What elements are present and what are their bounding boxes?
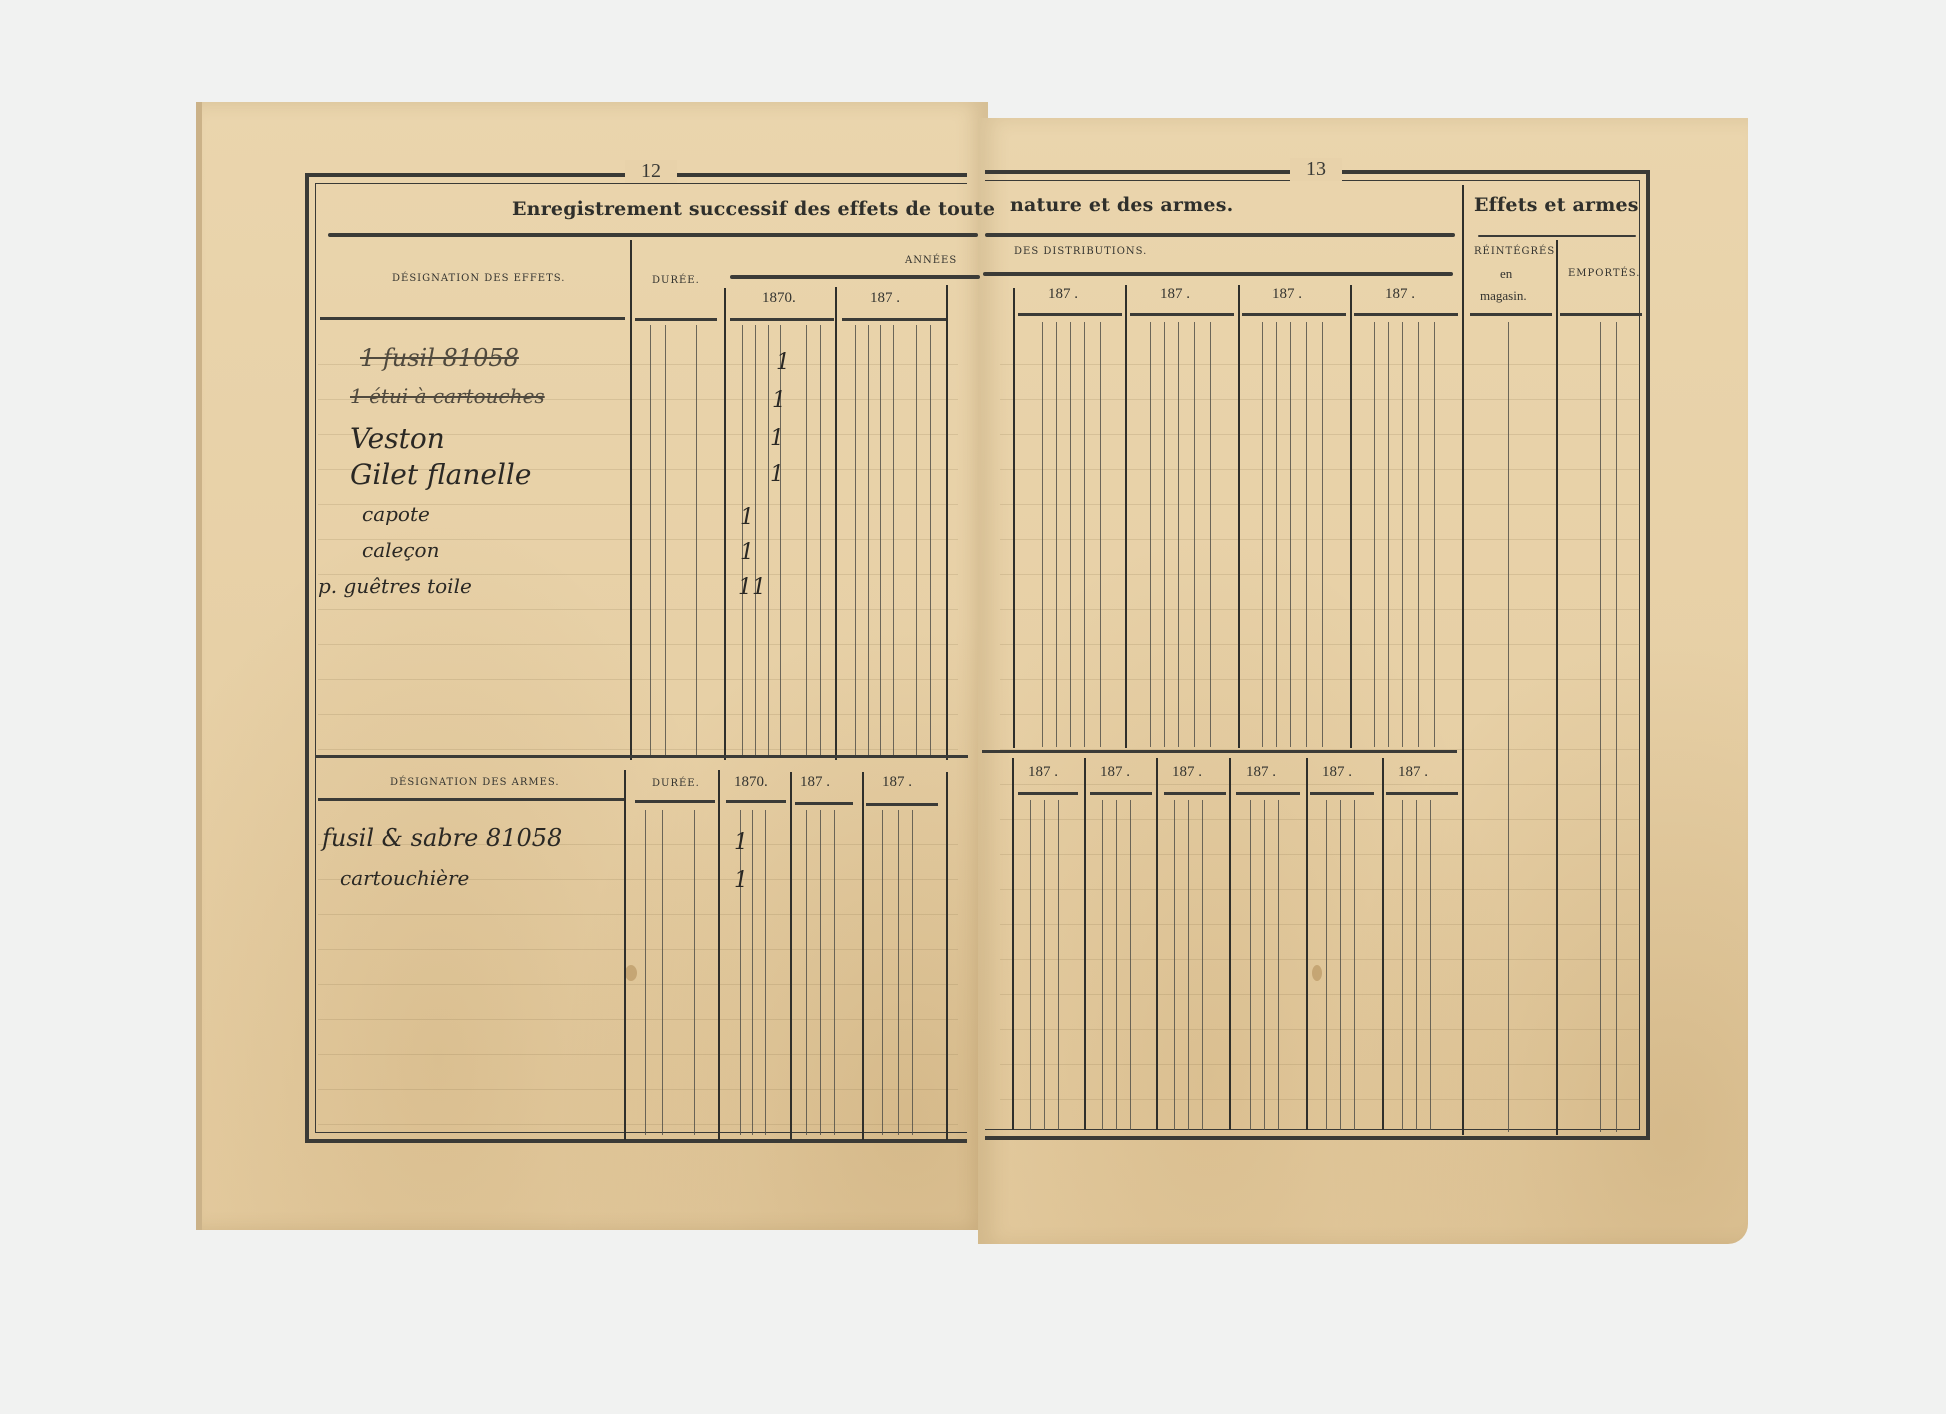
year-header-187-armes: 187 . xyxy=(800,774,830,791)
sub-column-line xyxy=(1290,322,1291,747)
column-divider xyxy=(1350,285,1352,748)
sub-column-line xyxy=(1084,322,1085,747)
page-number-left: 12 xyxy=(625,160,677,183)
column-divider xyxy=(624,770,626,1140)
sub-column-line xyxy=(1250,800,1251,1130)
header-underline xyxy=(842,318,946,321)
designation-effets-header: DÉSIGNATION DES EFFETS. xyxy=(392,273,565,284)
sub-column-line xyxy=(665,325,666,755)
year-header-187: 187 . xyxy=(1385,286,1415,303)
sub-column-line xyxy=(1600,322,1601,1132)
header-underline xyxy=(320,317,625,320)
column-divider xyxy=(1382,758,1384,1130)
sub-column-line xyxy=(1202,800,1203,1130)
sub-column-line xyxy=(1508,322,1509,1132)
sub-column-line xyxy=(930,325,931,755)
header-underline xyxy=(1242,313,1346,316)
tally-mark: 1 xyxy=(770,462,784,487)
sub-column-line xyxy=(1416,800,1417,1130)
sub-column-line xyxy=(662,810,663,1135)
tally-mark: 11 xyxy=(738,575,766,600)
sub-column-line xyxy=(645,810,646,1135)
annees-brace-left xyxy=(730,275,980,279)
sub-column-line xyxy=(882,810,883,1135)
column-divider xyxy=(946,285,948,760)
section-separator-left xyxy=(316,755,968,758)
column-divider xyxy=(718,770,720,1140)
sub-column-line xyxy=(806,325,807,755)
sub-column-line xyxy=(880,325,881,755)
sub-column-line xyxy=(1210,322,1211,747)
sub-column-line xyxy=(1340,800,1341,1130)
year-header-187-armes: 187 . xyxy=(1398,764,1428,781)
sub-column-line xyxy=(694,810,695,1135)
year-header-1870-armes: 1870. xyxy=(734,774,768,791)
sub-column-line xyxy=(1418,322,1419,747)
sub-column-line xyxy=(768,325,769,755)
sub-column-line xyxy=(1374,322,1375,747)
handwritten-entry: cartouchière xyxy=(340,866,469,890)
sub-column-line xyxy=(1044,800,1045,1130)
header-underline xyxy=(730,318,834,321)
title-underline-right xyxy=(985,233,1455,237)
ruled-rows-right xyxy=(1000,330,1640,1120)
header-underline xyxy=(1018,792,1078,795)
sub-column-line xyxy=(755,325,756,755)
column-divider xyxy=(1125,285,1127,748)
column-divider xyxy=(1462,185,1464,1135)
tally-mark: 1 xyxy=(770,426,784,451)
tally-mark: 1 xyxy=(740,505,754,530)
sub-column-line xyxy=(1130,800,1131,1130)
sub-column-line xyxy=(1430,800,1431,1130)
header-underline xyxy=(1130,313,1234,316)
header-underline xyxy=(1354,313,1458,316)
sub-column-line xyxy=(1402,800,1403,1130)
page-number-right: 13 xyxy=(1290,158,1342,181)
handwritten-entry: 1 fusil 81058 xyxy=(360,344,519,372)
tally-mark: 1 xyxy=(776,350,790,375)
handwritten-entry: p. guêtres toile xyxy=(318,574,472,598)
right-side-title: Effets et armes xyxy=(1474,194,1639,216)
sub-column-line xyxy=(912,810,913,1135)
section-separator-right xyxy=(982,750,1457,753)
column-divider xyxy=(724,288,726,760)
sub-column-line xyxy=(1056,322,1057,747)
header-underline xyxy=(318,798,624,801)
header-underline xyxy=(1236,792,1300,795)
header-underline xyxy=(1018,313,1122,316)
year-header-187-armes: 187 . xyxy=(1246,764,1276,781)
sub-column-line xyxy=(752,810,753,1135)
header-underline xyxy=(1386,792,1458,795)
right-page-title: nature et des armes. xyxy=(1010,194,1233,216)
column-divider xyxy=(946,772,948,1140)
sub-column-line xyxy=(765,810,766,1135)
header-underline xyxy=(866,803,938,806)
handwritten-entry: Gilet flanelle xyxy=(350,458,531,491)
header-underline xyxy=(1090,792,1152,795)
header-underline xyxy=(635,318,717,321)
duree-header: DURÉE. xyxy=(652,275,700,286)
tally-mark: 1 xyxy=(772,388,786,413)
sub-column-line xyxy=(1100,322,1101,747)
column-divider xyxy=(790,772,792,1140)
en-label: en xyxy=(1500,266,1512,282)
side-title-brace xyxy=(1478,235,1636,237)
sub-column-line xyxy=(898,810,899,1135)
header-underline xyxy=(1310,792,1374,795)
sub-column-line xyxy=(1278,800,1279,1130)
sub-column-line xyxy=(1264,800,1265,1130)
sub-column-line xyxy=(1174,800,1175,1130)
sub-column-line xyxy=(1616,322,1617,1132)
tally-mark: 1 xyxy=(734,868,748,893)
handwritten-entry: Veston xyxy=(350,422,445,455)
sub-column-line xyxy=(1326,800,1327,1130)
annees-label: ANNÉES xyxy=(905,255,957,266)
handwritten-entry: 1 étui à cartouches xyxy=(350,384,545,408)
sub-column-line xyxy=(916,325,917,755)
sub-column-line xyxy=(1070,322,1071,747)
year-header-187-armes: 187 . xyxy=(1322,764,1352,781)
duree-header-armes: DURÉE. xyxy=(652,778,700,789)
sub-column-line xyxy=(740,810,741,1135)
title-underline-left xyxy=(328,233,978,237)
sub-column-line xyxy=(650,325,651,755)
header-underline xyxy=(726,800,786,803)
handwritten-entry: caleçon xyxy=(362,538,439,562)
year-header-187: 187 . xyxy=(1048,286,1078,303)
year-header-187: 187 . xyxy=(1272,286,1302,303)
sub-column-line xyxy=(1262,322,1263,747)
year-header-187-armes: 187 . xyxy=(1100,764,1130,781)
sub-column-line xyxy=(1306,322,1307,747)
column-divider xyxy=(1556,240,1558,1135)
sub-column-line xyxy=(1102,800,1103,1130)
left-page-title: Enregistrement successif des effets de t… xyxy=(512,198,995,220)
column-divider xyxy=(1012,758,1014,1130)
column-divider xyxy=(835,287,837,760)
column-divider xyxy=(630,240,632,760)
year-header-187-armes: 187 . xyxy=(1028,764,1058,781)
sub-column-line xyxy=(1116,800,1117,1130)
des-distributions-header: DES DISTRIBUTIONS. xyxy=(1014,246,1147,257)
sub-column-line xyxy=(1030,800,1031,1130)
sub-column-line xyxy=(820,325,821,755)
sub-column-line xyxy=(1276,322,1277,747)
sub-column-line xyxy=(1354,800,1355,1130)
sub-column-line xyxy=(1402,322,1403,747)
sub-column-line xyxy=(868,325,869,755)
year-header-187: 187 . xyxy=(870,290,900,307)
magasin-label: magasin. xyxy=(1480,288,1527,304)
column-divider xyxy=(1013,288,1015,748)
column-divider xyxy=(1156,758,1158,1130)
year-header-1870: 1870. xyxy=(762,290,796,307)
sub-column-line xyxy=(1434,322,1435,747)
sub-column-line xyxy=(855,325,856,755)
header-underline xyxy=(1470,313,1552,316)
emportes-header: EMPORTÉS. xyxy=(1568,268,1640,279)
designation-armes-header: DÉSIGNATION DES ARMES. xyxy=(390,777,560,788)
sub-column-line xyxy=(820,810,821,1135)
sub-column-line xyxy=(834,810,835,1135)
sub-column-line xyxy=(1058,800,1059,1130)
year-header-187-armes: 187 . xyxy=(882,774,912,791)
header-underline xyxy=(1560,313,1642,316)
sub-column-line xyxy=(1388,322,1389,747)
annees-brace-right xyxy=(983,272,1453,276)
header-underline xyxy=(1164,792,1226,795)
handwritten-entry: capote xyxy=(362,502,430,526)
reintegres-header: RÉINTÉGRÉS xyxy=(1474,246,1555,257)
year-header-187-armes: 187 . xyxy=(1172,764,1202,781)
header-underline xyxy=(795,802,853,805)
handwritten-entry: fusil & sabre 81058 xyxy=(322,824,562,852)
column-divider xyxy=(1084,758,1086,1130)
sub-column-line xyxy=(893,325,894,755)
sub-column-line xyxy=(806,810,807,1135)
column-divider xyxy=(1238,285,1240,748)
tally-mark: 1 xyxy=(740,540,754,565)
year-header-187: 187 . xyxy=(1160,286,1190,303)
header-underline xyxy=(635,800,715,803)
sub-column-line xyxy=(1188,800,1189,1130)
column-divider xyxy=(862,772,864,1140)
column-divider xyxy=(1306,758,1308,1130)
column-divider xyxy=(1229,758,1231,1130)
sub-column-line xyxy=(1164,322,1165,747)
tally-mark: 1 xyxy=(734,830,748,855)
sub-column-line xyxy=(696,325,697,755)
sub-column-line xyxy=(1042,322,1043,747)
sub-column-line xyxy=(1322,322,1323,747)
sub-column-line xyxy=(1150,322,1151,747)
sub-column-line xyxy=(1194,322,1195,747)
sub-column-line xyxy=(1178,322,1179,747)
